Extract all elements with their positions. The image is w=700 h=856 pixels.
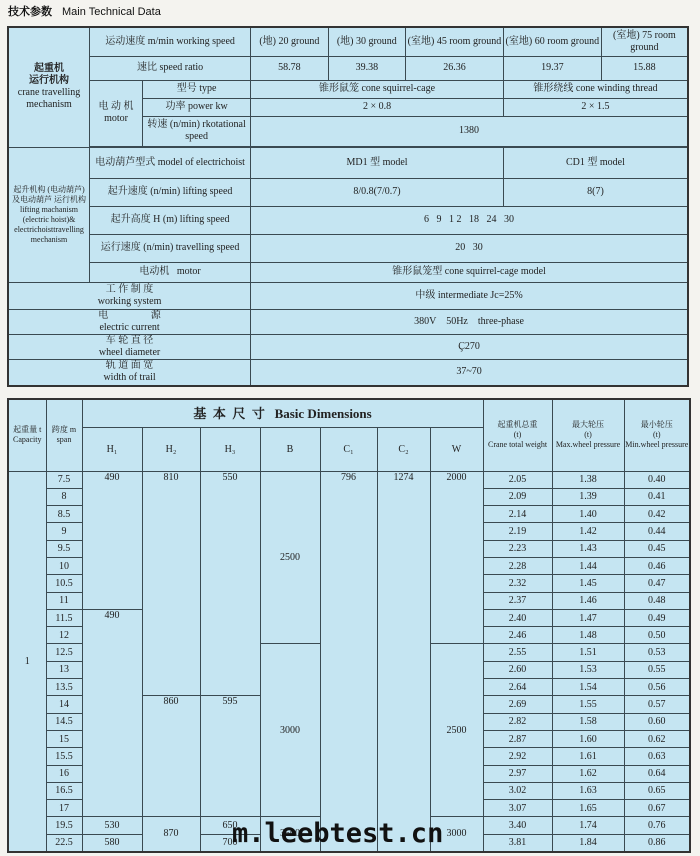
span-value: 10 [46,557,82,574]
total-weight-header: 起重机总重(t)Crane total weight [483,399,552,471]
ratio-value: 58.78 [251,56,328,80]
basic-dimensions-header: 基 本 尺 寸 Basic Dimensions [82,399,483,427]
span-value: 19.5 [46,817,82,834]
hoist-model-row: 起升机构 (电动葫芦) 及电动葫芦 运行机构 lifting machanism… [8,147,688,178]
max-wheel-value: 1.84 [552,834,624,851]
min-wheel-value: 0.60 [624,713,690,730]
total-weight-value: 3.40 [483,817,552,834]
span-value: 12.5 [46,644,82,661]
speed-ratio-label: 速比 speed ratio [90,56,251,80]
table-row: 17.54908105502500796127420002.051.380.40 [8,471,690,488]
speed-value: (地) 20 ground [251,27,328,56]
hoist-model-value: MD1 型 model [251,147,504,178]
min-wheel-value: 0.86 [624,834,690,851]
motor-label: 电 动 机 motor [90,80,143,146]
lifting-motor-label: 电动机 motor [90,262,251,282]
b-value: 3000 [260,644,320,817]
total-weight-value: 3.81 [483,834,552,851]
h3-header: H₃ [200,427,260,471]
span-value: 14.5 [46,713,82,730]
span-value: 16 [46,765,82,782]
wheel-diameter-label: 车 轮 直 径wheel diameter [8,334,251,359]
working-system-row: 工 作 制 度working system 中级 intermediate Jc… [8,282,688,309]
h3-value: 595 [200,696,260,817]
total-weight-value: 2.23 [483,540,552,557]
total-weight-value: 2.60 [483,661,552,678]
hoist-model-label: 电动葫芦型式 model of electrichoist [90,147,251,178]
min-wheel-value: 0.56 [624,679,690,696]
speed-value: (室地) 60 room ground [503,27,601,56]
total-weight-value: 2.92 [483,748,552,765]
total-weight-value: 2.37 [483,592,552,609]
b-header: B [260,427,320,471]
max-wheel-value: 1.60 [552,730,624,747]
span-header: 跨度 m span [46,399,82,471]
lifting-height-label: 起升高度 H (m) lifting speed [90,206,251,234]
min-wheel-value: 0.63 [624,748,690,765]
crane-travelling-label: 起重机 运行机构crane travelling mechanism [8,27,90,147]
ratio-value: 19.37 [503,56,601,80]
span-value: 11.5 [46,609,82,626]
total-weight-value: 2.05 [483,471,552,488]
min-wheel-value: 0.50 [624,627,690,644]
type-value: 锥形绕线 cone winding thread [503,80,688,98]
width-of-trail-label: 轨 道 面 宽width of trail [8,359,251,386]
wheel-diameter-row: 车 轮 直 径wheel diameter Ҫ270 [8,334,688,359]
h2-value: 810 [142,471,200,696]
total-weight-value: 2.19 [483,523,552,540]
c2-header: C₂ [377,427,430,471]
max-wheel-value: 1.63 [552,782,624,799]
max-wheel-value: 1.44 [552,557,624,574]
total-weight-value: 2.40 [483,609,552,626]
power-label: 功率 power kw [143,98,251,116]
min-wheel-value: 0.46 [624,557,690,574]
span-value: 13 [46,661,82,678]
electric-current-value: 380V 50Hz three-phase [251,309,688,334]
max-wheel-value: 1.58 [552,713,624,730]
max-wheel-value: 1.74 [552,817,624,834]
page-title: 技术参数Main Technical Data [8,3,161,19]
h3-value: 550 [200,471,260,696]
total-weight-value: 3.07 [483,800,552,817]
span-value: 14 [46,696,82,713]
hoist-model-value: CD1 型 model [503,147,688,178]
max-wheel-value: 1.38 [552,471,624,488]
c1-header: C₁ [320,427,377,471]
lifting-speed-value: 8(7) [503,178,688,206]
total-weight-value: 2.64 [483,679,552,696]
lifting-height-row: 起升高度 H (m) lifting speed 6 9 1 2 18 24 3… [8,206,688,234]
total-weight-value: 2.82 [483,713,552,730]
rot-speed-value: 1380 [251,116,688,146]
max-wheel-value: 1.39 [552,488,624,505]
span-value: 7.5 [46,471,82,488]
electric-current-row: 电 源electric current 380V 50Hz three-phas… [8,309,688,334]
max-wheel-value: 1.65 [552,800,624,817]
power-value: 2 × 0.8 [251,98,504,116]
lifting-speed-row: 起升速度 (n/min) lifting speed 8/0.8(7/0.7) … [8,178,688,206]
span-value: 11 [46,592,82,609]
max-wheel-value: 1.51 [552,644,624,661]
span-value: 17 [46,800,82,817]
width-of-trail-value: 37~70 [251,359,688,386]
wheel-diameter-value: Ҫ270 [251,334,688,359]
capacity-value: 1 [8,471,46,852]
max-wheel-header: 最大轮压(t)Max.wheel pressure [552,399,624,471]
type-value: 锥形鼠笼 cone squirrel-cage [251,80,504,98]
span-value: 10.5 [46,575,82,592]
max-wheel-value: 1.48 [552,627,624,644]
lifting-label: 起升机构 (电动葫芦) 及电动葫芦 运行机构 lifting machanism… [8,147,90,282]
min-wheel-value: 0.45 [624,540,690,557]
watermark: m.leebtest.cn [232,818,443,849]
min-wheel-value: 0.53 [624,644,690,661]
working-speed-row: 起重机 运行机构crane travelling mechanism 运动速度 … [8,27,688,56]
lifting-height-value: 6 9 1 2 18 24 30 [251,206,688,234]
ratio-value: 26.36 [406,56,504,80]
h2-value: 860 [142,696,200,817]
title-en: Main Technical Data [62,6,161,18]
total-weight-value: 2.32 [483,575,552,592]
span-value: 9 [46,523,82,540]
lifting-motor-row: 电动机 motor 锥形鼠笼型 cone squirrel-cage model [8,262,688,282]
total-weight-value: 2.55 [483,644,552,661]
min-wheel-value: 0.55 [624,661,690,678]
dimensions-table: 起重量 t Capacity 跨度 m span 基 本 尺 寸 Basic D… [7,398,691,853]
speed-value: (室地) 75 room ground [601,27,688,56]
max-wheel-value: 1.40 [552,506,624,523]
span-value: 8 [46,488,82,505]
travel-speed-label: 运行速度 (n/min) travelling speed [90,234,251,262]
h1-value: 490 [82,471,142,609]
electric-current-label: 电 源electric current [8,309,251,334]
width-of-trail-row: 轨 道 面 宽width of trail 37~70 [8,359,688,386]
travel-speed-row: 运行速度 (n/min) travelling speed 20 30 [8,234,688,262]
span-value: 8.5 [46,506,82,523]
working-system-value: 中级 intermediate Jc=25% [251,282,688,309]
ratio-value: 39.38 [328,56,405,80]
lifting-motor-value: 锥形鼠笼型 cone squirrel-cage model [251,262,688,282]
max-wheel-value: 1.53 [552,661,624,678]
total-weight-value: 2.97 [483,765,552,782]
min-wheel-value: 0.64 [624,765,690,782]
total-weight-value: 2.87 [483,730,552,747]
total-weight-value: 2.28 [483,557,552,574]
h1-value: 580 [82,834,142,851]
total-weight-value: 3.02 [483,782,552,799]
max-wheel-value: 1.47 [552,609,624,626]
max-wheel-value: 1.42 [552,523,624,540]
h2-value: 870 [142,817,200,852]
min-wheel-value: 0.76 [624,817,690,834]
span-value: 15 [46,730,82,747]
span-value: 15.5 [46,748,82,765]
lifting-speed-value: 8/0.8(7/0.7) [251,178,504,206]
travel-speed-value: 20 30 [251,234,688,262]
w-value: 2000 [430,471,483,644]
total-weight-value: 2.69 [483,696,552,713]
c2-value: 1274 [377,471,430,852]
ratio-value: 15.88 [601,56,688,80]
min-wheel-value: 0.67 [624,800,690,817]
h1-value: 530 [82,817,142,834]
working-system-label: 工 作 制 度working system [8,282,251,309]
capacity-header: 起重量 t Capacity [8,399,46,471]
lifting-speed-label: 起升速度 (n/min) lifting speed [90,178,251,206]
min-wheel-value: 0.49 [624,609,690,626]
type-row: 电 动 机 motor 型号 type 锥形鼠笼 cone squirrel-c… [8,80,688,98]
max-wheel-value: 1.62 [552,765,624,782]
min-wheel-value: 0.57 [624,696,690,713]
span-value: 12 [46,627,82,644]
max-wheel-value: 1.43 [552,540,624,557]
h2-header: H₂ [142,427,200,471]
speed-value: (室地) 45 room ground [406,27,504,56]
power-value: 2 × 1.5 [503,98,688,116]
span-value: 16.5 [46,782,82,799]
min-wheel-value: 0.62 [624,730,690,747]
type-label: 型号 type [143,80,251,98]
b-value: 2500 [260,471,320,644]
max-wheel-value: 1.61 [552,748,624,765]
min-wheel-value: 0.44 [624,523,690,540]
min-wheel-value: 0.48 [624,592,690,609]
speed-ratio-row: 速比 speed ratio 58.78 39.38 26.36 19.37 1… [8,56,688,80]
span-value: 22.5 [46,834,82,851]
speed-value: (地) 30 ground [328,27,405,56]
max-wheel-value: 1.46 [552,592,624,609]
min-wheel-value: 0.40 [624,471,690,488]
max-wheel-value: 1.54 [552,679,624,696]
spec-table: 起重机 运行机构crane travelling mechanism 运动速度 … [7,26,689,387]
w-header: W [430,427,483,471]
h1-value: 490 [82,609,142,817]
total-weight-value: 2.46 [483,627,552,644]
working-speed-label: 运动速度 m/min working speed [90,27,251,56]
span-value: 13.5 [46,679,82,696]
min-wheel-value: 0.42 [624,506,690,523]
max-wheel-value: 1.45 [552,575,624,592]
min-wheel-value: 0.47 [624,575,690,592]
min-wheel-value: 0.65 [624,782,690,799]
title-zh: 技术参数 [8,6,52,18]
w-value: 2500 [430,644,483,817]
c1-value: 796 [320,471,377,852]
total-weight-value: 2.14 [483,506,552,523]
min-wheel-header: 最小轮压(t)Min.wheel pressure [624,399,690,471]
rot-speed-label: 转速 (n/min) rkotational speed [143,116,251,146]
max-wheel-value: 1.55 [552,696,624,713]
span-value: 9.5 [46,540,82,557]
h1-header: H₁ [82,427,142,471]
min-wheel-value: 0.41 [624,488,690,505]
total-weight-value: 2.09 [483,488,552,505]
